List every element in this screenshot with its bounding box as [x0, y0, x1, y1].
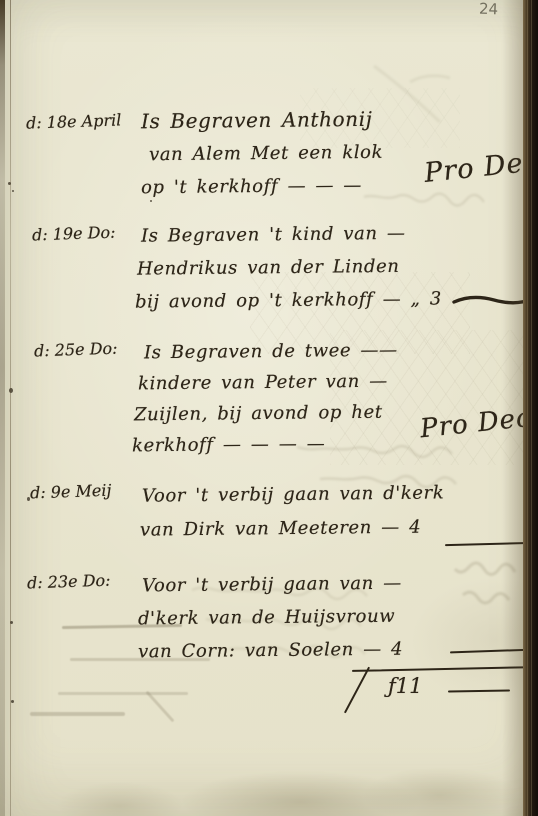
entry-line: van Alem Met een klok	[149, 136, 383, 171]
left-edge-shadow	[0, 0, 5, 816]
entry-line: van Dirk van Meeteren — 4	[140, 510, 443, 547]
entry-text: Voor 't verbij gaan van — d'kerk van de …	[142, 568, 407, 667]
binding-shadow	[502, 0, 524, 816]
entry-line: kindere van Peter van —	[138, 366, 392, 400]
pencil-smudge	[146, 691, 175, 723]
entry-line: Voor 't verbij gaan van —	[142, 567, 407, 603]
page-edge-line	[531, 0, 532, 816]
entry-line: kerkhoff — — — —	[132, 428, 386, 462]
entry-text: Voor 't verbij gaan van d'kerk van Dirk …	[142, 478, 444, 546]
entry-line: bij avond op 't kerkhoff — „ 3	[135, 282, 442, 318]
entry-line: d'kerk van de Huijsvrouw	[138, 600, 403, 636]
entry-text: Is Begraven Anthonij van Alem Met een kl…	[141, 104, 375, 203]
florin-flourish	[344, 667, 370, 714]
entry-line: Is Begraven Anthonij	[141, 103, 375, 138]
entry-date: d: 18e April	[26, 110, 122, 132]
binding-edge	[523, 0, 538, 816]
pencil-smudge	[58, 692, 188, 695]
pencil-smudge	[30, 712, 125, 716]
entry-line: op 't kerkhoff — — —	[141, 169, 375, 204]
ink-speck	[12, 190, 14, 192]
entry-date: d: 25e Do:	[34, 339, 118, 361]
entry-line: Zuijlen, bij avond op het	[134, 397, 388, 431]
ink-speck	[11, 700, 14, 703]
entry-line: Hendrikus van der Linden	[137, 249, 444, 285]
entry-line: van Corn: van Soelen — 4	[138, 633, 403, 669]
page-fold-line	[10, 0, 11, 816]
page-number: 24	[479, 0, 499, 18]
entry-date: d: 23e Do:	[27, 571, 111, 593]
entry-line: Voor 't verbij gaan van d'kerk	[142, 476, 445, 513]
entry-line: Is Begraven de twee ——	[144, 335, 398, 369]
page-edge-line	[527, 0, 528, 816]
entry-text: Is Begraven 't kind van — Hendrikus van …	[141, 218, 448, 317]
bleedthrough-squiggle	[360, 58, 470, 130]
manuscript-page: 24 d: 18e April Is Begraven Anthonij van…	[0, 0, 538, 816]
ink-dash	[448, 689, 510, 692]
entry-text: Is Begraven de twee —— kindere van Peter…	[144, 336, 398, 460]
entry-line: Is Begraven 't kind van —	[141, 216, 448, 252]
entry-date: d: 9e Meij	[30, 481, 112, 503]
total-amount: ƒ11	[388, 674, 423, 698]
entry-date: d: 19e Do:	[32, 223, 116, 245]
